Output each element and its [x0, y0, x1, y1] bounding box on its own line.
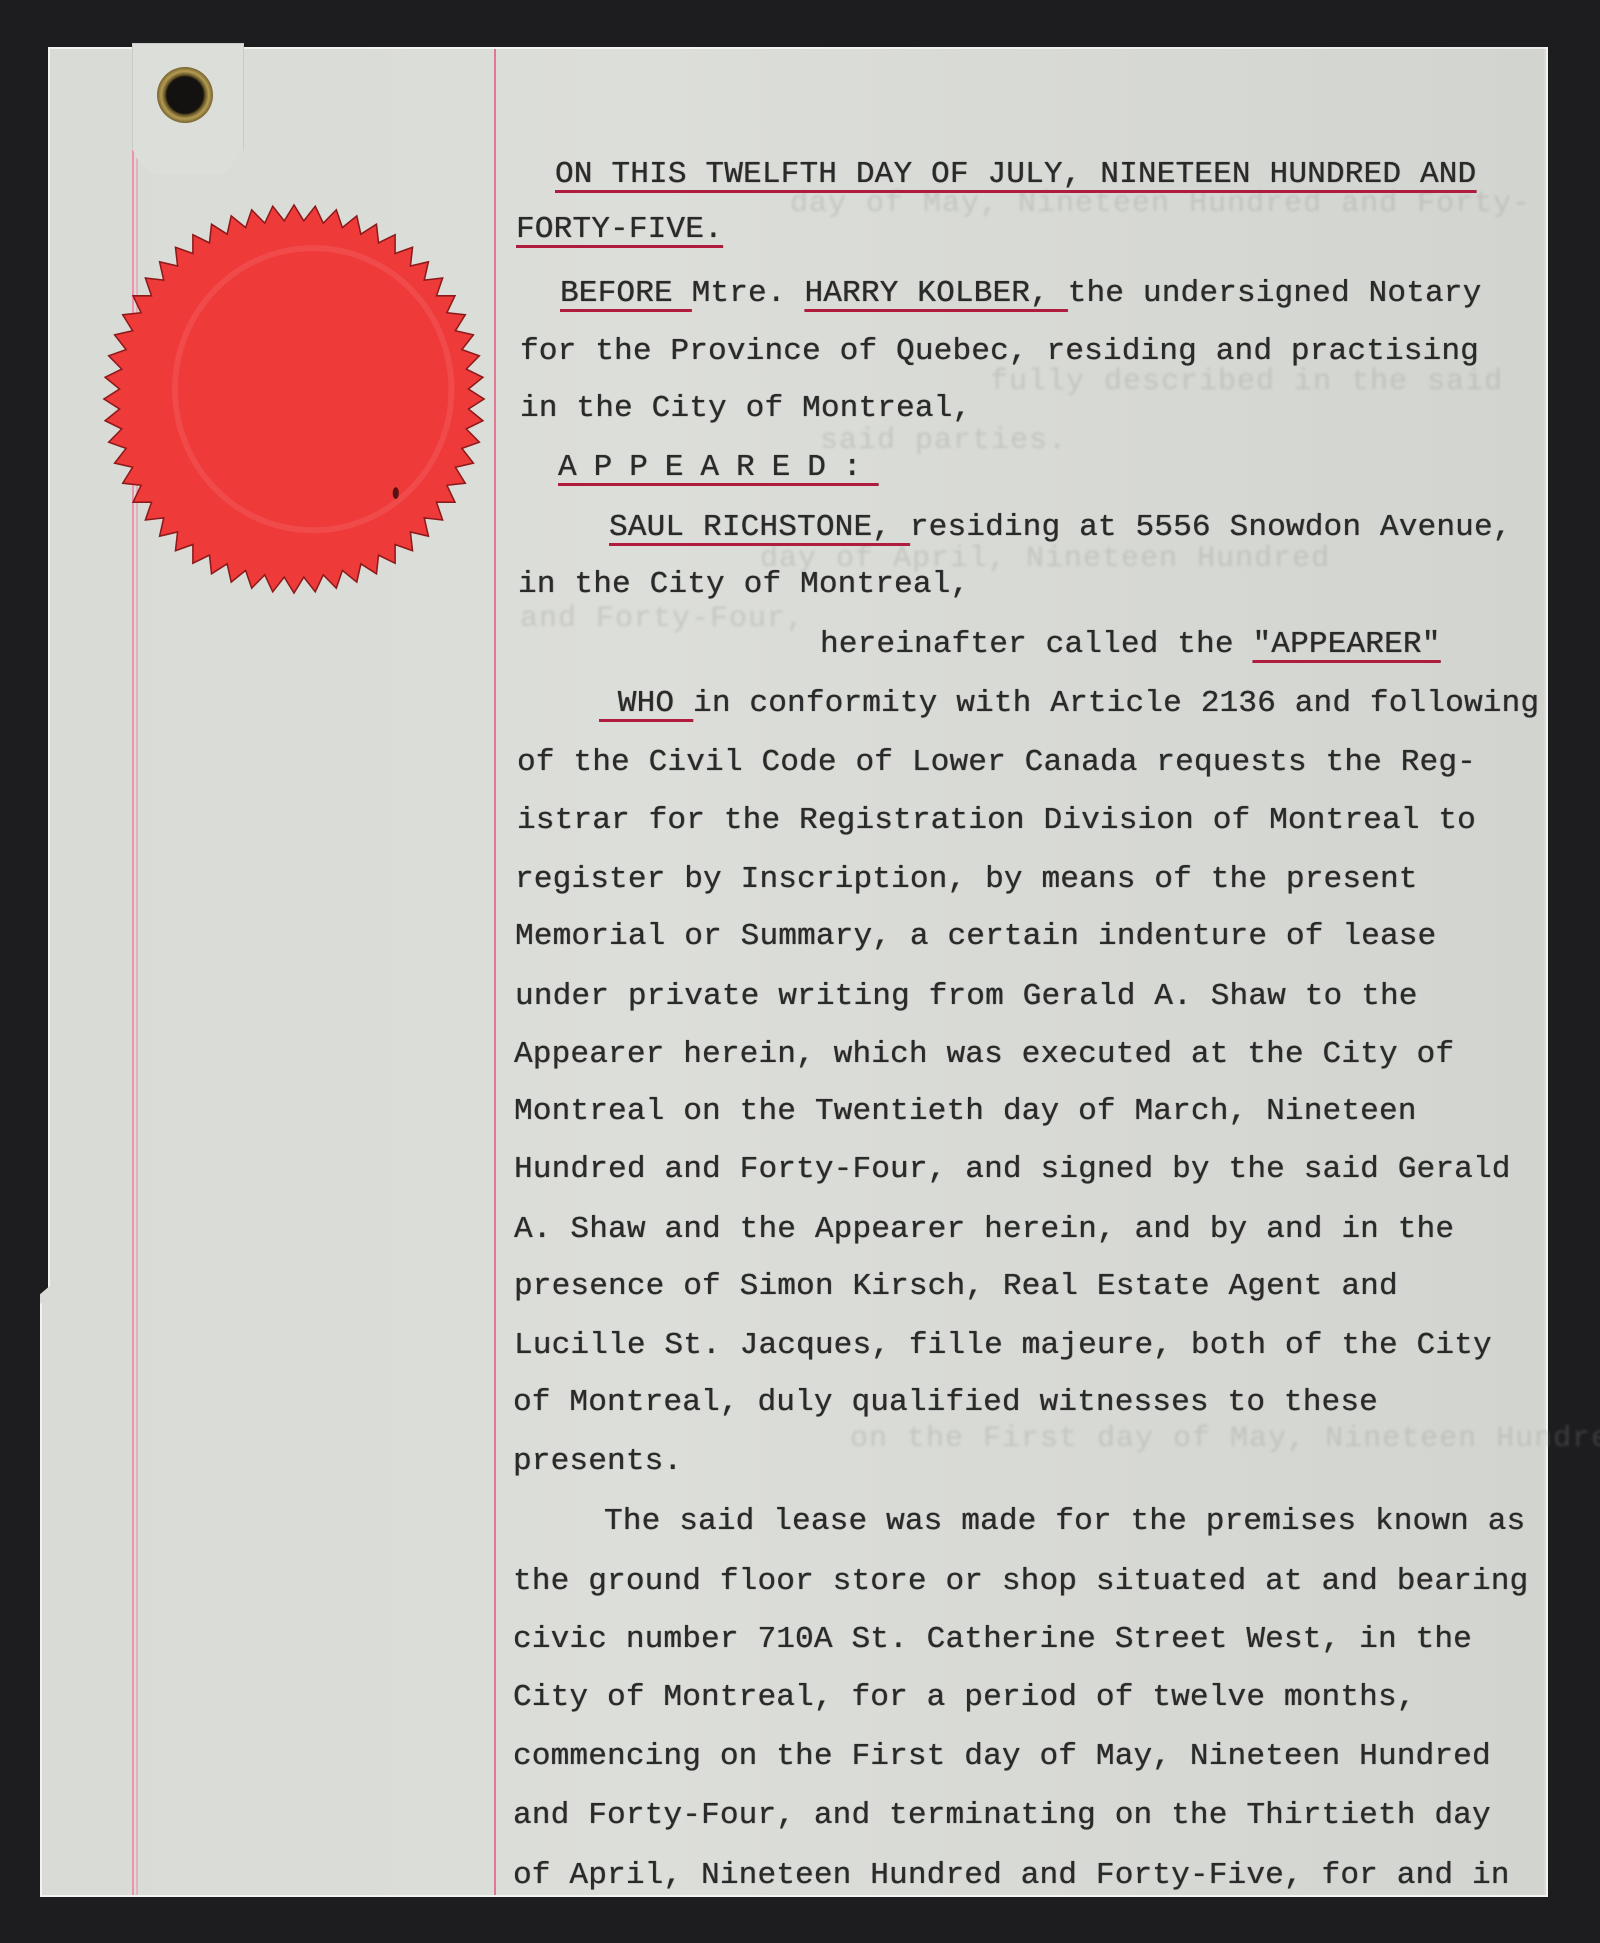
underlined-text: APPEARED: — [558, 450, 878, 485]
text-segment: civic number 710A St. Catherine Street W… — [513, 1622, 1472, 1657]
text-line: SAUL RICHSTONE, residing at 5556 Snowdon… — [609, 510, 1512, 546]
text-segment: Appearer herein, which was executed at t… — [514, 1037, 1454, 1072]
text-line: civic number 710A St. Catherine Street W… — [513, 1622, 1472, 1658]
text-segment: presence of Simon Kirsch, Real Estate Ag… — [514, 1269, 1398, 1304]
text-line: istrar for the Registration Division of … — [517, 803, 1476, 839]
text-line: Memorial or Summary, a certain indenture… — [515, 919, 1436, 955]
text-line: of the Civil Code of Lower Canada reques… — [517, 745, 1476, 781]
text-segment: commencing on the First day of May, Nine… — [513, 1739, 1491, 1774]
text-line: of April, Nineteen Hundred and Forty-Fiv… — [513, 1858, 1510, 1894]
text-line: the ground floor store or shop situated … — [513, 1564, 1528, 1600]
ghost-text-line: fully described in the said — [990, 365, 1503, 399]
text-line: presents. — [513, 1444, 682, 1480]
underlined-text: HARRY KOLBER, — [804, 276, 1067, 311]
text-segment: residing at 5556 Snowdon Avenue, — [910, 510, 1512, 545]
text-line: Appearer herein, which was executed at t… — [514, 1037, 1454, 1073]
text-segment: in the City of Montreal, — [518, 567, 969, 602]
text-line: APPEARED: — [558, 450, 878, 486]
text-segment: in conformity with Article 2136 and foll… — [693, 686, 1539, 721]
text-line: The said lease was made for the premises… — [604, 1504, 1525, 1540]
text-segment: City of Montreal, for a period of twelve… — [513, 1680, 1416, 1715]
text-segment: of April, Nineteen Hundred and Forty-Fiv… — [513, 1858, 1510, 1893]
text-line: Hundred and Forty-Four, and signed by th… — [514, 1152, 1511, 1188]
text-line: ON THIS TWELFTH DAY OF JULY, NINETEEN HU… — [555, 157, 1476, 193]
text-segment: Hundred and Forty-Four, and signed by th… — [514, 1152, 1511, 1187]
text-segment: the undersigned Notary — [1068, 276, 1482, 311]
underlined-text: WHO — [599, 686, 693, 721]
text-segment: Mtre. — [692, 276, 805, 311]
text-segment: istrar for the Registration Division of … — [517, 803, 1476, 838]
document-page: day of May, Nineteen Hundred and Forty-f… — [0, 0, 1600, 1943]
text-line: presence of Simon Kirsch, Real Estate Ag… — [514, 1269, 1398, 1305]
text-line: hereinafter called the "APPEARER" — [820, 627, 1441, 663]
text-segment: for the Province of Quebec, residing and… — [520, 334, 1479, 369]
text-segment: presents. — [513, 1444, 682, 1479]
text-segment: and Forty-Four, and terminating on the T… — [513, 1798, 1491, 1833]
text-margin-rule — [494, 49, 496, 1895]
text-line: register by Inscription, by means of the… — [515, 862, 1418, 898]
brass-eyelet-icon — [157, 67, 213, 123]
text-line: City of Montreal, for a period of twelve… — [513, 1680, 1416, 1716]
text-line: of Montreal, duly qualified witnesses to… — [513, 1385, 1378, 1421]
text-line: commencing on the First day of May, Nine… — [513, 1739, 1491, 1775]
text-segment: Memorial or Summary, a certain indenture… — [515, 919, 1436, 954]
text-segment: Lucille St. Jacques, fille majeure, both… — [514, 1328, 1492, 1363]
text-line: Montreal on the Twentieth day of March, … — [514, 1094, 1417, 1130]
ghost-text-line: and Forty-Four, — [520, 602, 805, 636]
text-line: and Forty-Four, and terminating on the T… — [513, 1798, 1491, 1834]
text-line: FORTY-FIVE. — [516, 212, 723, 248]
text-segment: register by Inscription, by means of the… — [515, 862, 1418, 897]
ghost-text-line: on the First day of May, Nineteen Hundre… — [850, 1422, 1600, 1456]
text-segment: the ground floor store or shop situated … — [513, 1564, 1528, 1599]
text-segment: in the City of Montreal, — [520, 391, 971, 426]
text-segment: Montreal on the Twentieth day of March, … — [514, 1094, 1417, 1129]
text-line: in the City of Montreal, — [520, 391, 971, 427]
text-segment: under private writing from Gerald A. Sha… — [515, 979, 1418, 1014]
text-line: WHO in conformity with Article 2136 and … — [599, 686, 1539, 722]
text-line: under private writing from Gerald A. Sha… — [515, 979, 1418, 1015]
text-line: A. Shaw and the Appearer herein, and by … — [514, 1212, 1454, 1248]
underlined-text: SAUL RICHSTONE, — [609, 510, 910, 545]
text-segment: hereinafter called the — [820, 627, 1252, 662]
text-line: Lucille St. Jacques, fille majeure, both… — [514, 1328, 1492, 1364]
text-segment: A. Shaw and the Appearer herein, and by … — [514, 1212, 1454, 1247]
text-line: for the Province of Quebec, residing and… — [520, 334, 1479, 370]
underlined-text: FORTY-FIVE. — [516, 212, 723, 247]
text-segment: of the Civil Code of Lower Canada reques… — [517, 745, 1476, 780]
red-notary-seal-icon — [102, 203, 486, 595]
text-line: BEFORE Mtre. HARRY KOLBER, the undersign… — [560, 276, 1481, 312]
text-segment: of Montreal, duly qualified witnesses to… — [513, 1385, 1378, 1420]
underlined-text: "APPEARER" — [1252, 627, 1440, 662]
underlined-text: ON THIS TWELFTH DAY OF JULY, NINETEEN HU… — [555, 157, 1476, 192]
underlined-text: BEFORE — [560, 276, 692, 311]
text-line: in the City of Montreal, — [518, 567, 969, 603]
text-segment: The said lease was made for the premises… — [604, 1504, 1525, 1539]
